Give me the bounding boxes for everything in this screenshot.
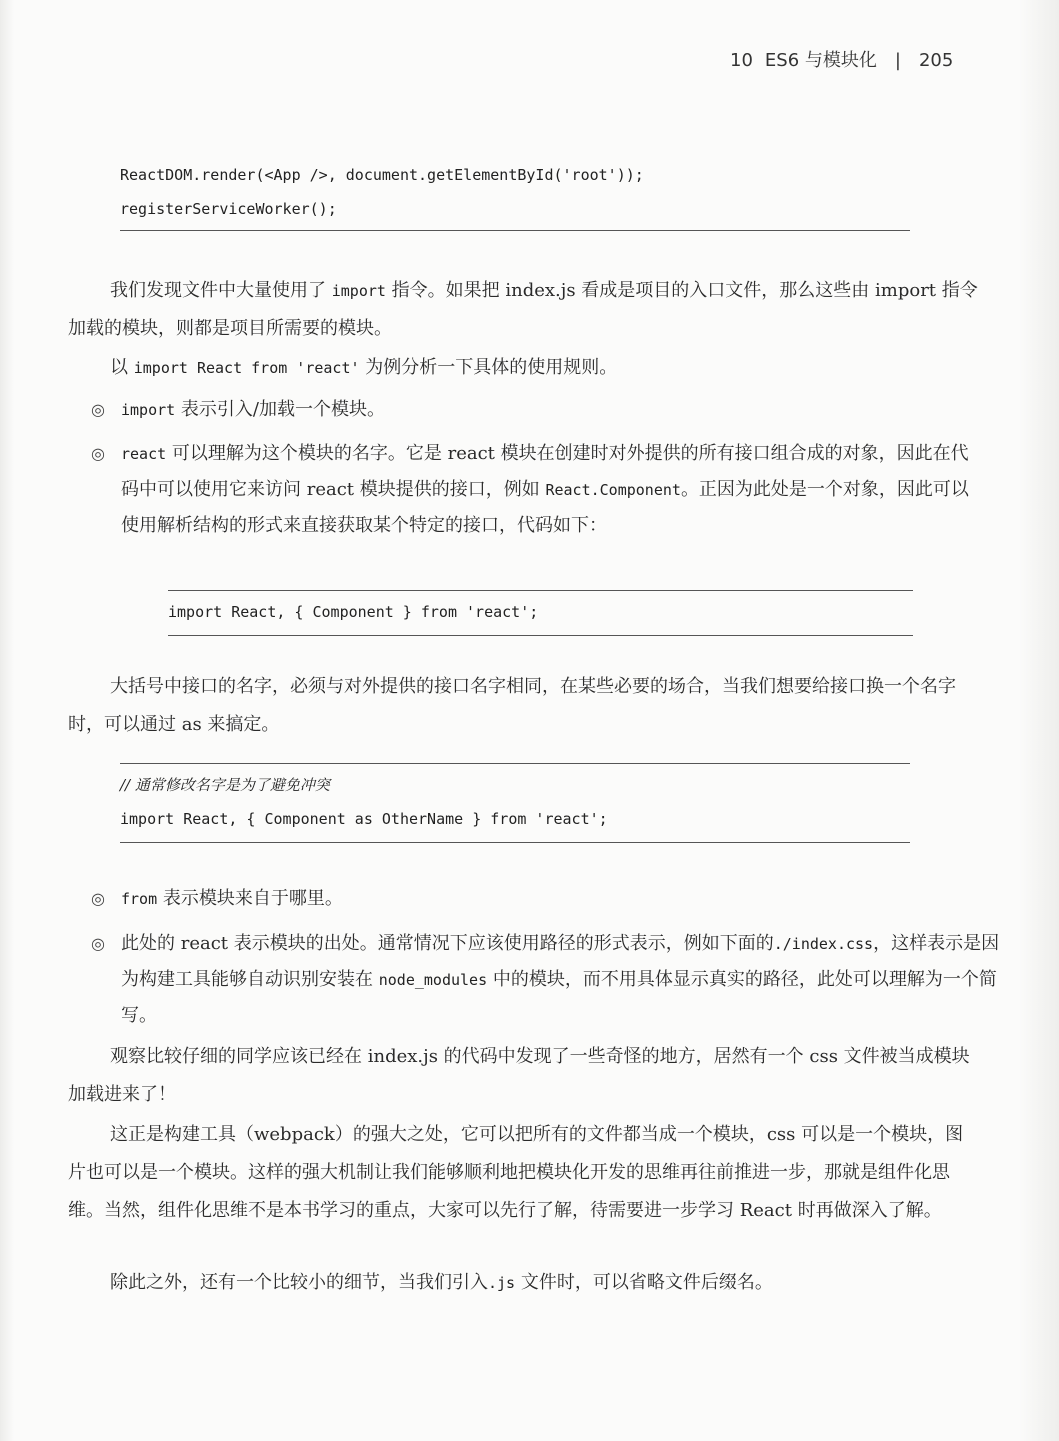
inline-code: ./index.css <box>774 935 873 953</box>
header-separator: | <box>895 50 901 71</box>
text: 为例分析一下具体的使用规则。 <box>360 357 618 378</box>
text: 表示模块来自于哪里。 <box>157 888 343 909</box>
paragraph-as-rename: 大括号中接口的名字，必须与对外提供的接口名字相同，在某些必要的场合，当我们想要给… <box>68 668 978 744</box>
bullet-circle-icon: ◎ <box>91 392 105 427</box>
inline-code: import <box>121 401 175 419</box>
text: 以 <box>110 357 134 378</box>
paragraph-example-intro: 以 import React from 'react' 为例分析一下具体的使用规… <box>110 349 980 387</box>
inline-code: .js <box>488 1274 515 1292</box>
code-line: registerServiceWorker(); <box>120 192 910 226</box>
text: 这正是构建工具（webpack）的强大之处，它可以把所有的文件都当成一个模块，c… <box>68 1124 963 1221</box>
page-edge-shadow-left <box>0 0 14 1441</box>
text: 观察比较仔细的同学应该已经在 index.js 的代码中发现了一些奇怪的地方，居… <box>68 1046 970 1105</box>
code-line: import React, { Component as OtherName }… <box>120 802 910 836</box>
paragraph-css-module: 观察比较仔细的同学应该已经在 index.js 的代码中发现了一些奇怪的地方，居… <box>68 1038 978 1114</box>
text: 此处的 react 表示模块的出处。通常情况下应该使用路径的形式表示，例如下面的 <box>121 933 774 954</box>
chapter-title: ES6 与模块化 <box>765 50 877 71</box>
text: 表示引入/加载一个模块。 <box>175 399 385 420</box>
list-item-react: ◎ react 可以理解为这个模块的名字。它是 react 模块在创建时对外提供… <box>121 436 979 543</box>
inline-code: react <box>121 445 166 463</box>
page-edge-shadow-right <box>1019 0 1059 1441</box>
list-item-from: ◎ from 表示模块来自于哪里。 <box>121 881 981 917</box>
code-block-destructure: import React, { Component } from 'react'… <box>168 590 913 636</box>
text: 我们发现文件中大量使用了 <box>110 280 332 301</box>
inline-code: import React from 'react' <box>134 359 360 377</box>
code-line: import React, { Component } from 'react'… <box>168 595 913 629</box>
inline-code: from <box>121 890 157 908</box>
text: 文件时，可以省略文件后缀名。 <box>515 1272 773 1293</box>
list-item-import: ◎ import 表示引入/加载一个模块。 <box>121 392 981 428</box>
code-block-rename: // 通常修改名字是为了避免冲突 import React, { Compone… <box>120 763 910 843</box>
text: 大括号中接口的名字，必须与对外提供的接口名字相同，在某些必要的场合，当我们想要给… <box>68 676 956 735</box>
code-comment: // 通常修改名字是为了避免冲突 <box>120 768 910 802</box>
running-header: 10ES6 与模块化|205 <box>730 46 953 72</box>
list-item-react-source: ◎ 此处的 react 表示模块的出处。通常情况下应该使用路径的形式表示，例如下… <box>121 926 1006 1033</box>
bullet-circle-icon: ◎ <box>91 926 105 961</box>
code-line: ReactDOM.render(<App />, document.getEle… <box>120 158 910 192</box>
inline-code: React.Component <box>545 481 680 499</box>
page-number: 205 <box>919 50 953 71</box>
bullet-circle-icon: ◎ <box>91 881 105 916</box>
code-block-render: ReactDOM.render(<App />, document.getEle… <box>120 158 910 231</box>
paragraph-import-intro: 我们发现文件中大量使用了 import 指令。如果把 index.js 看成是项… <box>68 272 978 348</box>
paragraph-file-extension: 除此之外，还有一个比较小的细节，当我们引入.js 文件时，可以省略文件后缀名。 <box>68 1264 978 1302</box>
text: 除此之外，还有一个比较小的细节，当我们引入 <box>110 1272 488 1293</box>
inline-code: node_modules <box>379 971 487 989</box>
bullet-circle-icon: ◎ <box>91 436 105 471</box>
paragraph-webpack: 这正是构建工具（webpack）的强大之处，它可以把所有的文件都当成一个模块，c… <box>68 1116 978 1230</box>
chapter-number: 10 <box>730 50 753 71</box>
inline-code: import <box>332 282 386 300</box>
